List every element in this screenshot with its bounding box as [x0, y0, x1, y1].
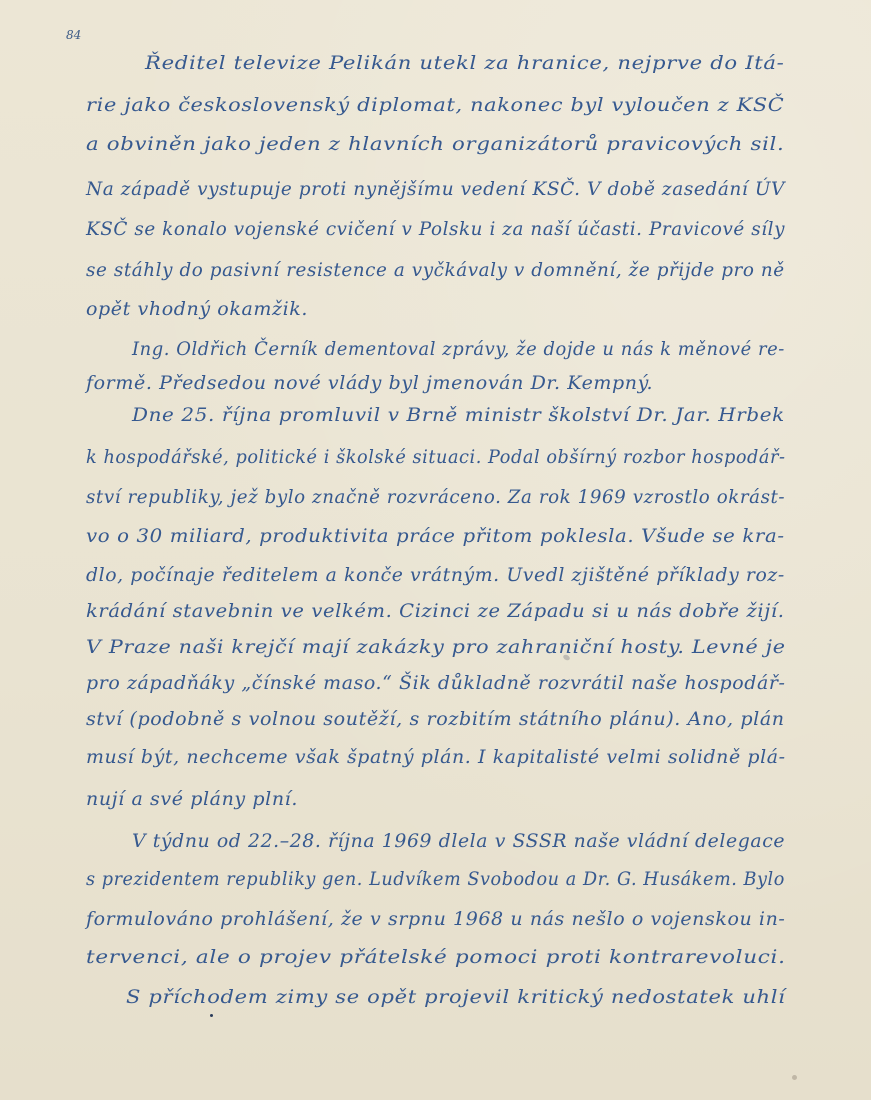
- text-line: s prezidentem republiky gen. Ludvíkem Sv…: [86, 868, 785, 890]
- text-line: Na západě vystupuje proti nynějšímu vede…: [86, 178, 785, 200]
- text-line: pro západňáky „čínské maso.“ Šik důkladn…: [86, 672, 785, 694]
- text-line: KSČ se konalo vojenské cvičení v Polsku …: [86, 218, 785, 240]
- text-line: ství (podobně s volnou soutěží, s rozbit…: [86, 708, 785, 730]
- text-line: dlo, počínaje ředitelem a konče vrátným.…: [86, 564, 785, 586]
- text-line: tervenci, ale o projev přátelské pomoci …: [86, 946, 786, 968]
- ink-dot: [210, 1014, 213, 1017]
- text-line: Ředitel televize Pelikán utekl za hranic…: [145, 52, 784, 74]
- text-line: a obviněn jako jeden z hlavních organizá…: [86, 133, 784, 155]
- text-line: S příchodem zimy se opět projevil kritic…: [126, 986, 786, 1008]
- text-line: V Praze naši krejčí mají zakázky pro zah…: [86, 636, 786, 658]
- text-line: Dne 25. října promluvil v Brně ministr š…: [132, 404, 785, 426]
- text-line: opět vhodný okamžik.: [86, 298, 308, 320]
- text-line: krádání stavebnin ve velkém. Cizinci ze …: [86, 600, 785, 622]
- text-line: rie jako československý diplomat, nakone…: [86, 94, 784, 116]
- text-line: V týdnu od 22.–28. října 1969 dlela v SS…: [132, 830, 785, 852]
- handwritten-page: 84 Ředitel televize Pelikán utekl za hra…: [0, 0, 871, 1100]
- text-line: Ing. Oldřich Černík dementoval zprávy, ž…: [132, 338, 785, 360]
- text-line: ství republiky, jež bylo značně rozvráce…: [86, 486, 785, 508]
- text-line: nují a své plány plní.: [86, 788, 298, 810]
- text-line: formě. Předsedou nové vlády byl jmenován…: [86, 372, 653, 394]
- paper-speck: [792, 1075, 797, 1080]
- text-line: musí být, nechceme však špatný plán. I k…: [86, 746, 786, 768]
- page-number: 84: [66, 28, 81, 42]
- text-line: formulováno prohlášení, že v srpnu 1968 …: [86, 908, 785, 930]
- text-line: se stáhly do pasivní resistence a vyčkáv…: [86, 259, 785, 281]
- text-line: vo o 30 miliard, produktivita práce přit…: [86, 525, 785, 547]
- text-line: k hospodářské, politické i školské situa…: [86, 446, 786, 468]
